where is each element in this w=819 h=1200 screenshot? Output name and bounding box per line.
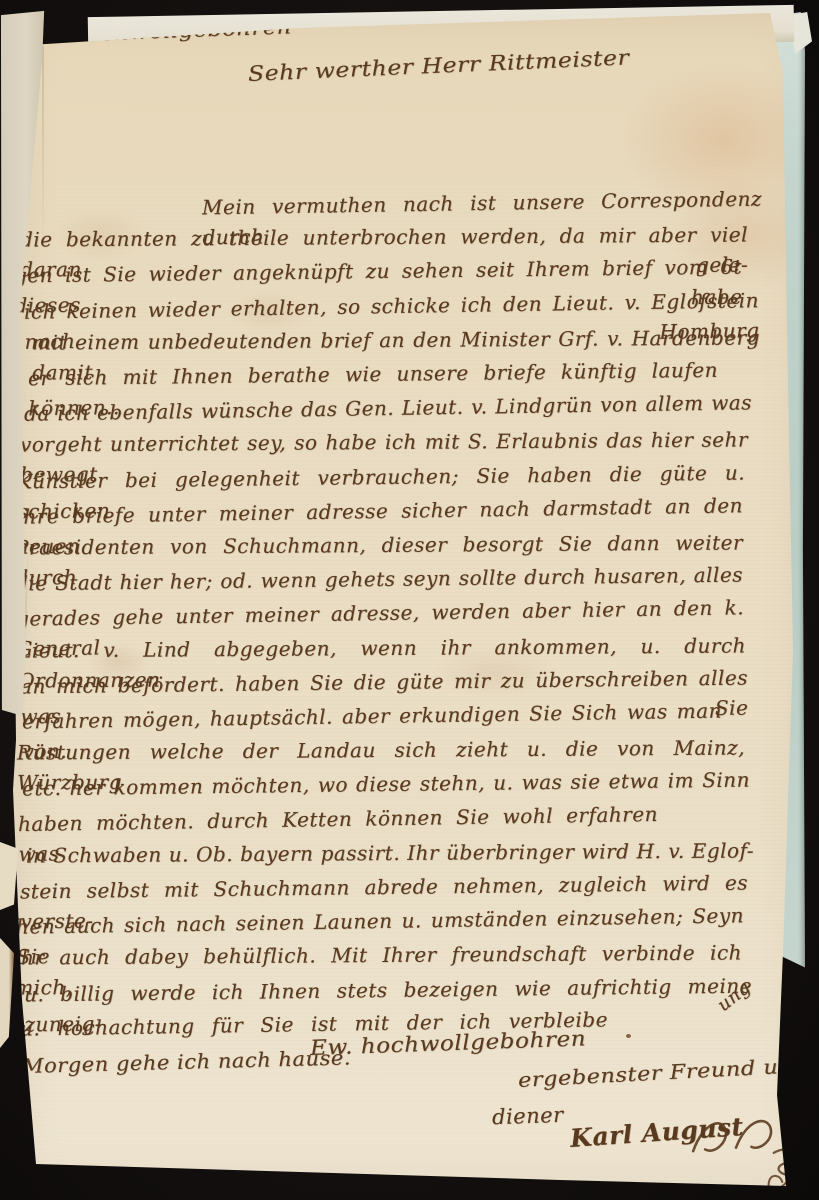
handwritten-line: die bekannten zu theile unterbrochen wer… xyxy=(20,219,748,254)
signature-flourish xyxy=(688,1112,808,1200)
handwritten-line: Rüstungen welche der Landau sich zieht u… xyxy=(17,732,745,767)
ink-blot xyxy=(626,1034,631,1038)
handwritten-line: mit einem unbedeutenden brief an den Min… xyxy=(32,322,760,357)
handwritten-line: vorgeht unterrichtet sey, so habe ich mi… xyxy=(20,424,748,459)
photograph-background: hochwollgebohren Sehr werther Herr Rittm… xyxy=(0,0,819,1200)
handwritten-line: Praesidenten von Schuchmann, dieser beso… xyxy=(15,527,743,562)
valediction-role: diener xyxy=(492,1103,564,1129)
paper-fragment-lower xyxy=(0,938,16,1048)
handwritten-line: Lieut. v. Lind abgegeben, wenn ihr ankom… xyxy=(18,630,746,665)
letter-page: hochwollgebohren Sehr werther Herr Rittm… xyxy=(0,0,819,1200)
handwritten-line: in Schwaben u. Ob. bayern passirt. Ihr ü… xyxy=(26,835,754,870)
handwritten-line: ihr auch dabey behülflich. Mit Ihrer fre… xyxy=(14,937,742,972)
